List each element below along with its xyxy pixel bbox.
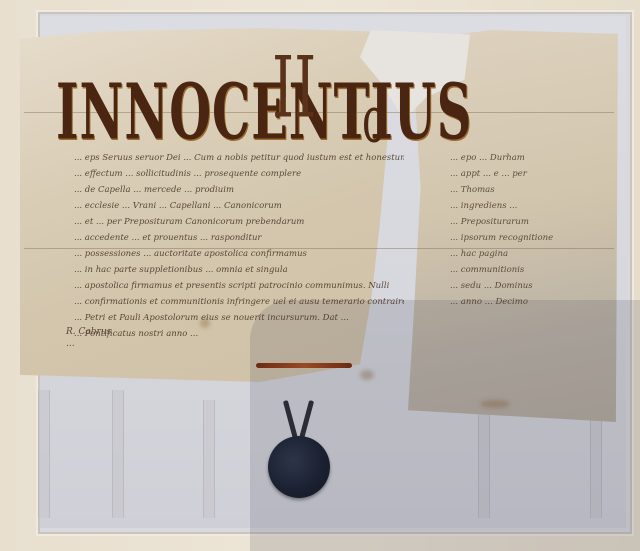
text-line: ... Prepositurarum — [450, 214, 600, 230]
text-line: ... effectum ... sollicitudinis ... pros… — [74, 166, 404, 182]
text-line: ... accedente ... et prouentus ... raspo… — [74, 230, 404, 246]
signature-line: R. Cabrus — [66, 326, 111, 338]
text-line: ... ingrediens ... — [450, 198, 600, 214]
text-line: ... appt ... e ... per — [450, 166, 600, 182]
text-line: ... eps Seruus seruor Dei ... Cum a nobi… — [74, 150, 404, 166]
document-heading-numeral: II — [272, 40, 316, 138]
text-line: ... confirmationis et communitionis infr… — [74, 294, 404, 310]
text-line: ... in hac parte suppletionibus ... omni… — [74, 262, 404, 278]
document-body-left: ... eps Seruus seruor Dei ... Cum a nobi… — [74, 150, 404, 342]
document-body-right: ... epo ... Durham ... appt ... e ... pe… — [450, 150, 600, 310]
text-line: ... epo ... Durham — [450, 150, 600, 166]
text-line: ... sedu ... Dominus — [450, 278, 600, 294]
document-heading-tail: o — [362, 84, 386, 158]
seal-cord-bar — [256, 363, 352, 368]
document-heading: INNOCENTIUS — [56, 68, 472, 158]
scribe-signature: R. Cabrus ... — [66, 326, 111, 350]
text-line: ... anno ... Decimo — [450, 294, 600, 310]
pendant-seal — [268, 436, 330, 498]
mount-strap — [38, 390, 50, 518]
text-line: ... ipsorum recognitione — [450, 230, 600, 246]
text-line: ... communitionis — [450, 262, 600, 278]
text-line: ... Thomas — [450, 182, 600, 198]
mount-strap — [203, 400, 215, 518]
text-line: ... apostolica firmamus et presentis scr… — [74, 278, 404, 294]
text-line: ... Pontificatus nostri anno ... — [74, 326, 404, 342]
text-line: ... hac pagina — [450, 246, 600, 262]
text-line: ... de Capella ... mercede ... prodiuim — [74, 182, 404, 198]
mount-strap — [112, 390, 124, 518]
text-line: ... et ... per Preposituram Canonicorum … — [74, 214, 404, 230]
text-line: ... ecclesie ... Vrani ... Capellani ...… — [74, 198, 404, 214]
text-line: ... possessiones ... auctoritate apostol… — [74, 246, 404, 262]
text-line: ... Petri et Pauli Apostolorum eius se n… — [74, 310, 404, 326]
signature-line: ... — [66, 338, 111, 350]
